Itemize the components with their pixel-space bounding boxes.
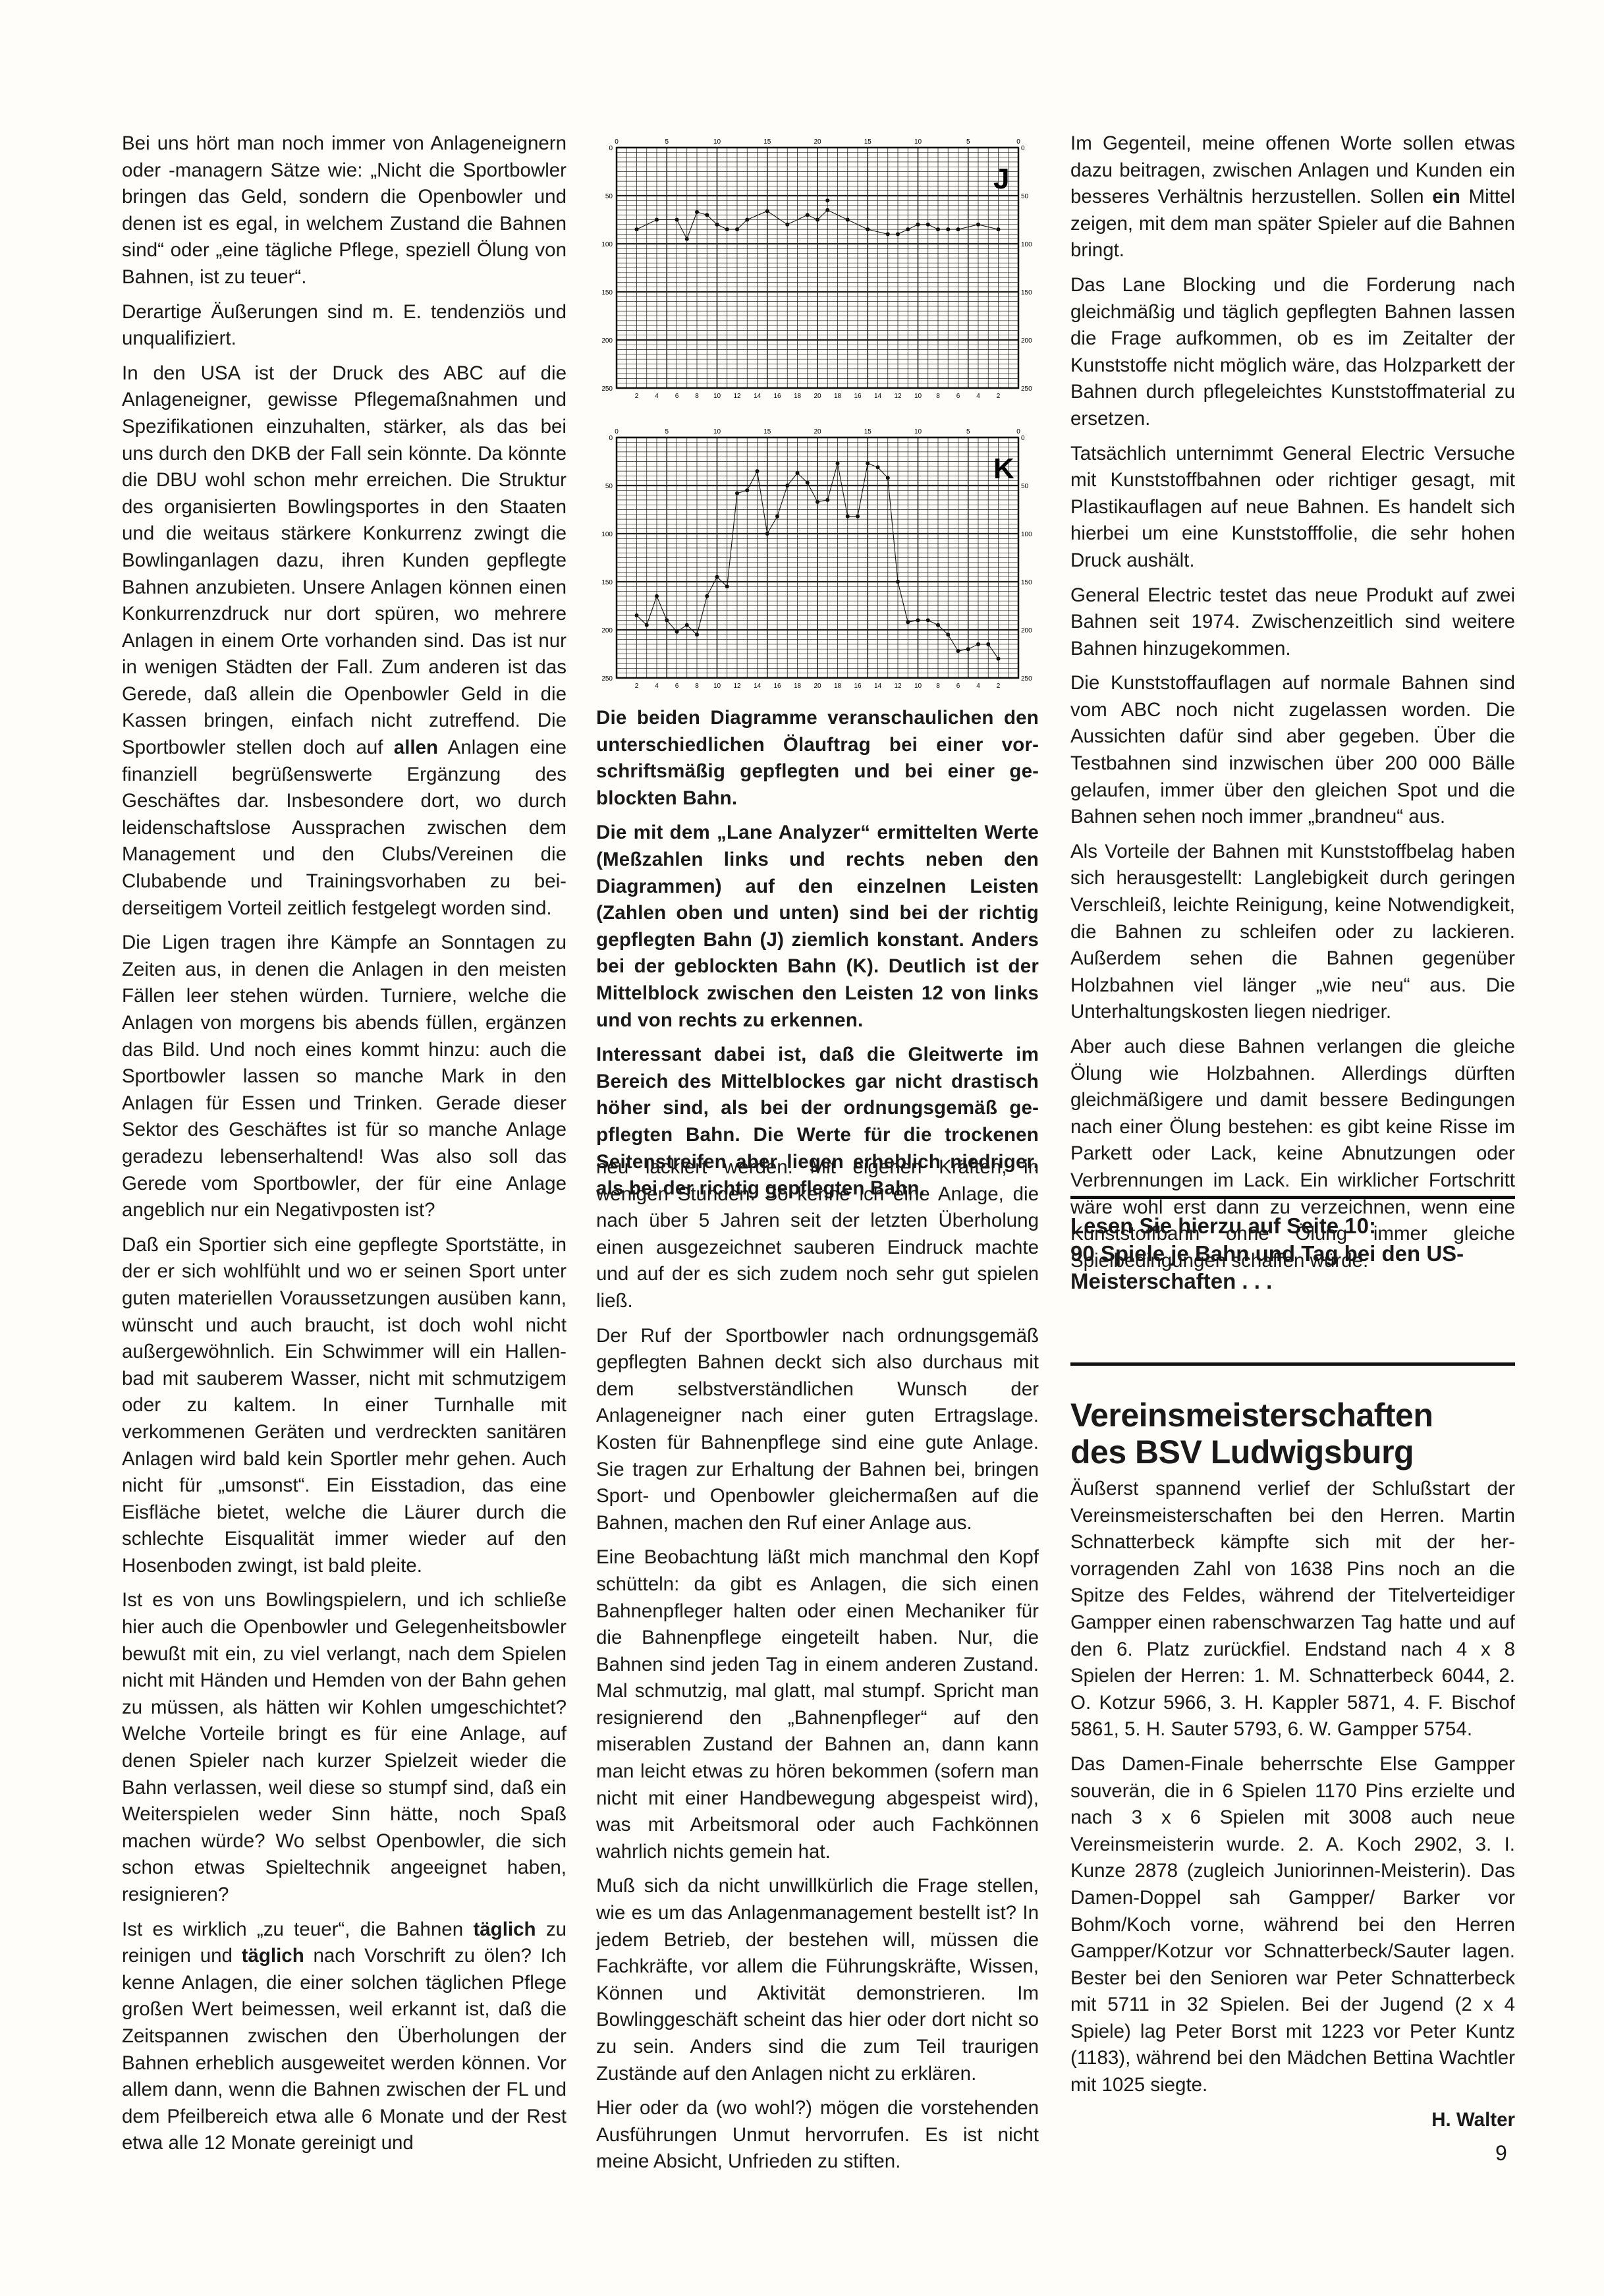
svg-text:200: 200 — [601, 337, 613, 345]
svg-text:0: 0 — [609, 435, 613, 442]
svg-text:14: 14 — [754, 683, 761, 690]
svg-text:15: 15 — [763, 138, 771, 146]
article-2-body: Äußerst spannend verlief der Schlußstart… — [1070, 1476, 1515, 2141]
caption-paragraph: Die beiden Diagramme veranschaulichen de… — [596, 705, 1039, 812]
paragraph: Als Vorteile der Bahnen mit Kunststoffbe… — [1070, 839, 1515, 1026]
paragraph: General Electric testet das neue Produkt… — [1070, 582, 1515, 663]
svg-text:5: 5 — [966, 428, 970, 435]
paragraph: Ist es wirklich „zu teuer“, die Bahnen t… — [122, 1917, 567, 2157]
svg-text:10: 10 — [914, 138, 922, 146]
svg-text:0: 0 — [615, 138, 619, 146]
svg-text:0: 0 — [609, 145, 613, 152]
svg-text:K: K — [993, 453, 1014, 485]
svg-text:200: 200 — [601, 627, 613, 634]
svg-text:5: 5 — [665, 138, 669, 146]
svg-text:20: 20 — [814, 138, 821, 146]
teaser-line-2: 90 Spiele je Bahn und Tag bei den US-Mei… — [1070, 1240, 1515, 1295]
paragraph: Das Damen-Finale beherrschte Else Gamppe… — [1070, 1751, 1515, 2099]
svg-text:20: 20 — [814, 393, 821, 400]
svg-text:50: 50 — [605, 193, 613, 200]
svg-text:10: 10 — [713, 393, 721, 400]
paragraph: Äußerst spannend verlief der Schlußstart… — [1070, 1476, 1515, 1743]
svg-text:5: 5 — [665, 428, 669, 435]
svg-text:150: 150 — [1021, 289, 1032, 296]
svg-text:150: 150 — [601, 289, 613, 296]
svg-text:0: 0 — [1016, 138, 1020, 146]
svg-text:100: 100 — [601, 241, 613, 248]
page-number: 9 — [1495, 2141, 1507, 2166]
svg-text:250: 250 — [601, 385, 613, 393]
svg-text:8: 8 — [936, 393, 940, 400]
svg-text:0: 0 — [1021, 145, 1025, 152]
svg-text:J: J — [993, 163, 1009, 195]
svg-text:12: 12 — [733, 393, 741, 400]
teaser-line-1: Lesen Sie hierzu auf Seite 10: — [1070, 1212, 1515, 1240]
svg-text:4: 4 — [976, 683, 980, 690]
svg-text:6: 6 — [956, 683, 960, 690]
svg-text:250: 250 — [1021, 675, 1032, 683]
svg-text:15: 15 — [864, 138, 872, 146]
svg-text:16: 16 — [854, 393, 862, 400]
svg-text:100: 100 — [1021, 531, 1032, 538]
svg-text:50: 50 — [1021, 193, 1029, 200]
svg-text:15: 15 — [763, 428, 771, 435]
svg-text:2: 2 — [635, 683, 639, 690]
svg-text:12: 12 — [733, 683, 741, 690]
svg-text:2: 2 — [635, 393, 639, 400]
svg-text:6: 6 — [956, 393, 960, 400]
svg-text:250: 250 — [1021, 385, 1032, 393]
svg-text:20: 20 — [814, 428, 821, 435]
svg-text:14: 14 — [754, 393, 761, 400]
svg-text:14: 14 — [874, 393, 882, 400]
svg-text:50: 50 — [1021, 483, 1029, 490]
svg-text:0: 0 — [1016, 428, 1020, 435]
article-column-2: neu lackiert werden. Mit eigenen Kräften… — [596, 1154, 1039, 2183]
divider-rule — [1070, 1196, 1515, 1199]
svg-text:100: 100 — [601, 531, 613, 538]
svg-text:16: 16 — [854, 683, 862, 690]
svg-text:16: 16 — [773, 393, 781, 400]
svg-text:150: 150 — [601, 579, 613, 586]
paragraph: neu lackiert werden. Mit eigenen Kräften… — [596, 1154, 1039, 1315]
svg-text:100: 100 — [1021, 241, 1032, 248]
chart-k: 0050501001001501502002002502500510152015… — [593, 422, 1041, 705]
svg-text:0: 0 — [615, 428, 619, 435]
svg-text:18: 18 — [794, 683, 802, 690]
paragraph: Bei uns hört man noch immer von Anlagen­… — [122, 130, 567, 291]
svg-text:4: 4 — [655, 393, 659, 400]
paragraph: Das Lane Blocking und die Forderung nach… — [1070, 272, 1515, 433]
svg-text:12: 12 — [894, 683, 902, 690]
article-headline: Vereinsmeisterschaften des BSV Ludwigsbu… — [1070, 1397, 1532, 1470]
figure-caption: Die beiden Diagramme veranschaulichen de… — [596, 705, 1039, 1210]
article-column-3: Im Gegenteil, meine offenen Worte sollen… — [1070, 130, 1515, 1282]
svg-text:200: 200 — [1021, 627, 1032, 634]
svg-text:10: 10 — [914, 683, 922, 690]
svg-text:200: 200 — [1021, 337, 1032, 345]
author-byline: H. Walter — [1070, 2107, 1515, 2134]
svg-text:50: 50 — [605, 483, 613, 490]
paragraph: Tatsächlich unternimmt General Electric … — [1070, 441, 1515, 574]
svg-text:6: 6 — [675, 393, 679, 400]
paragraph: Der Ruf der Sportbowler nach ordnungs­ge… — [596, 1323, 1039, 1537]
svg-text:8: 8 — [936, 683, 940, 690]
svg-text:10: 10 — [713, 683, 721, 690]
cross-reference-teaser: Lesen Sie hierzu auf Seite 10: 90 Spiele… — [1070, 1212, 1515, 1295]
article-column-1: Bei uns hört man noch immer von Anlagen­… — [122, 130, 567, 2165]
svg-text:18: 18 — [834, 683, 842, 690]
paragraph: Die Ligen tragen ihre Kämpfe an Sonntage… — [122, 930, 567, 1224]
svg-text:20: 20 — [814, 683, 821, 690]
svg-text:14: 14 — [874, 683, 882, 690]
svg-text:8: 8 — [695, 683, 699, 690]
divider-rule — [1070, 1362, 1515, 1366]
svg-text:2: 2 — [997, 683, 1001, 690]
svg-text:15: 15 — [864, 428, 872, 435]
svg-text:10: 10 — [914, 428, 922, 435]
svg-text:5: 5 — [966, 138, 970, 146]
svg-text:150: 150 — [1021, 579, 1032, 586]
lane-analyzer-chart-k: 0050501001001501502002002502500510152015… — [593, 422, 1041, 705]
svg-text:18: 18 — [834, 393, 842, 400]
svg-text:4: 4 — [655, 683, 659, 690]
svg-text:250: 250 — [601, 675, 613, 683]
paragraph: Daß ein Sportier sich eine gepflegte Spo… — [122, 1232, 567, 1580]
paragraph: Im Gegenteil, meine offenen Worte sollen… — [1070, 130, 1515, 264]
caption-paragraph: Die mit dem „Lane Analyzer“ ermittelten … — [596, 820, 1039, 1034]
svg-text:2: 2 — [997, 393, 1001, 400]
svg-text:0: 0 — [1021, 435, 1025, 442]
svg-text:10: 10 — [713, 428, 721, 435]
paragraph: Derartige Äußerungen sind m. E. tendenzi… — [122, 299, 567, 352]
svg-text:10: 10 — [914, 393, 922, 400]
chart-j: 0050501001001501502002002502500510152015… — [593, 132, 1041, 415]
svg-text:8: 8 — [695, 393, 699, 400]
paragraph: Ist es von uns Bowlingspielern, und ich … — [122, 1587, 567, 1908]
svg-text:4: 4 — [976, 393, 980, 400]
paragraph: In den USA ist der Druck des ABC auf die… — [122, 360, 567, 922]
paragraph: Muß sich da nicht unwillkürlich die Frag… — [596, 1873, 1039, 2087]
paragraph: Eine Beobachtung läßt mich manchmal den … — [596, 1544, 1039, 1865]
svg-text:18: 18 — [794, 393, 802, 400]
lane-analyzer-chart-j: 0050501001001501502002002502500510152015… — [593, 132, 1041, 415]
svg-text:12: 12 — [894, 393, 902, 400]
svg-text:16: 16 — [773, 683, 781, 690]
paragraph: Die Kunststoffauflagen auf normale Bahne… — [1070, 670, 1515, 831]
paragraph: Hier oder da (wo wohl?) mögen die vorste… — [596, 2095, 1039, 2175]
svg-text:6: 6 — [675, 683, 679, 690]
svg-text:10: 10 — [713, 138, 721, 146]
